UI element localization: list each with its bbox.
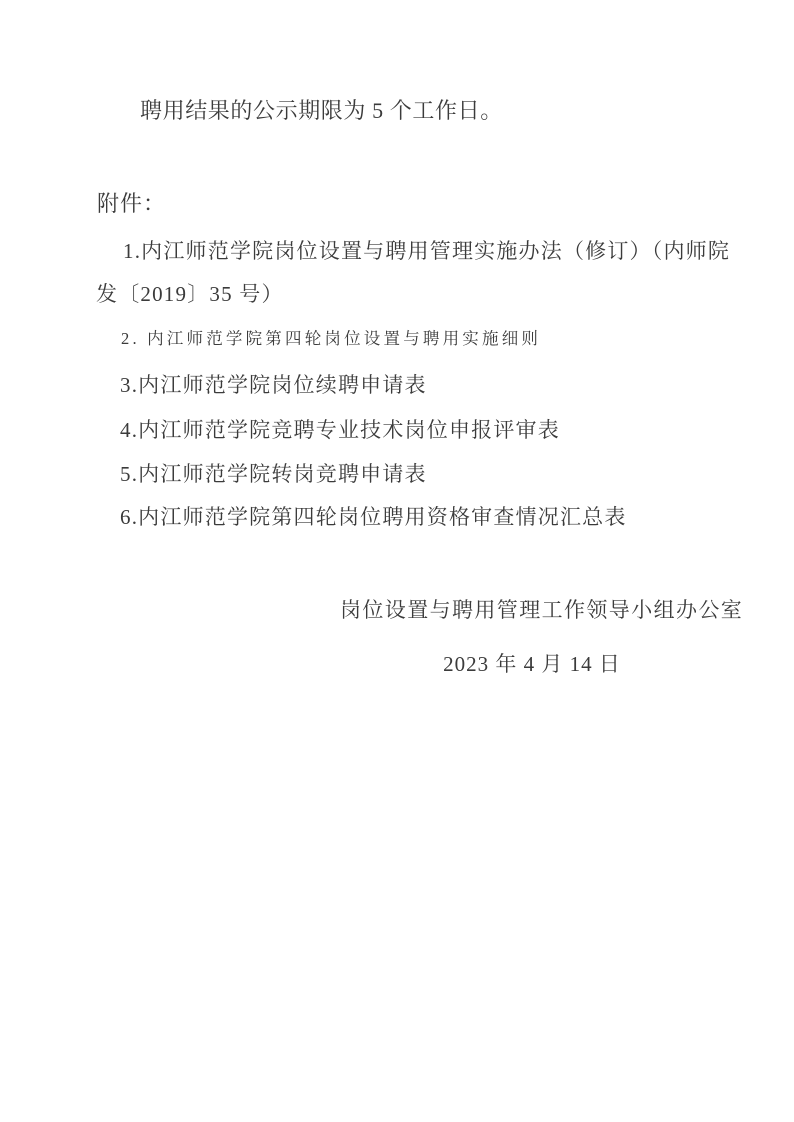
attachments-heading: 附件： [97,189,166,219]
attachment-line-4: 4.内江师范学院竞聘专业技术岗位申报评审表 [120,415,560,445]
attachment-line-3: 3.内江师范学院岗位续聘申请表 [120,370,427,400]
intro-paragraph: 聘用结果的公示期限为 5 个工作日。 [140,96,503,126]
attachment-line-2: 2. 内江师范学院第四轮岗位设置与聘用实施细则 [121,327,541,351]
document-page: 聘用结果的公示期限为 5 个工作日。 附件： 1.内江师范学院岗位设置与聘用管理… [0,0,794,1122]
attachment-line-1-part1: 1.内江师范学院岗位设置与聘用管理实施办法（修订）（内师院 [123,236,730,266]
attachment-line-5: 5.内江师范学院转岗竞聘申请表 [120,459,427,489]
attachment-line-1-part2: 发〔2019〕35 号） [96,279,284,309]
attachment-line-6: 6.内江师范学院第四轮岗位聘用资格审查情况汇总表 [120,502,627,532]
document-date: 2023 年 4 月 14 日 [340,649,724,679]
signature-organization: 岗位设置与聘用管理工作领导小组办公室 [340,595,743,625]
